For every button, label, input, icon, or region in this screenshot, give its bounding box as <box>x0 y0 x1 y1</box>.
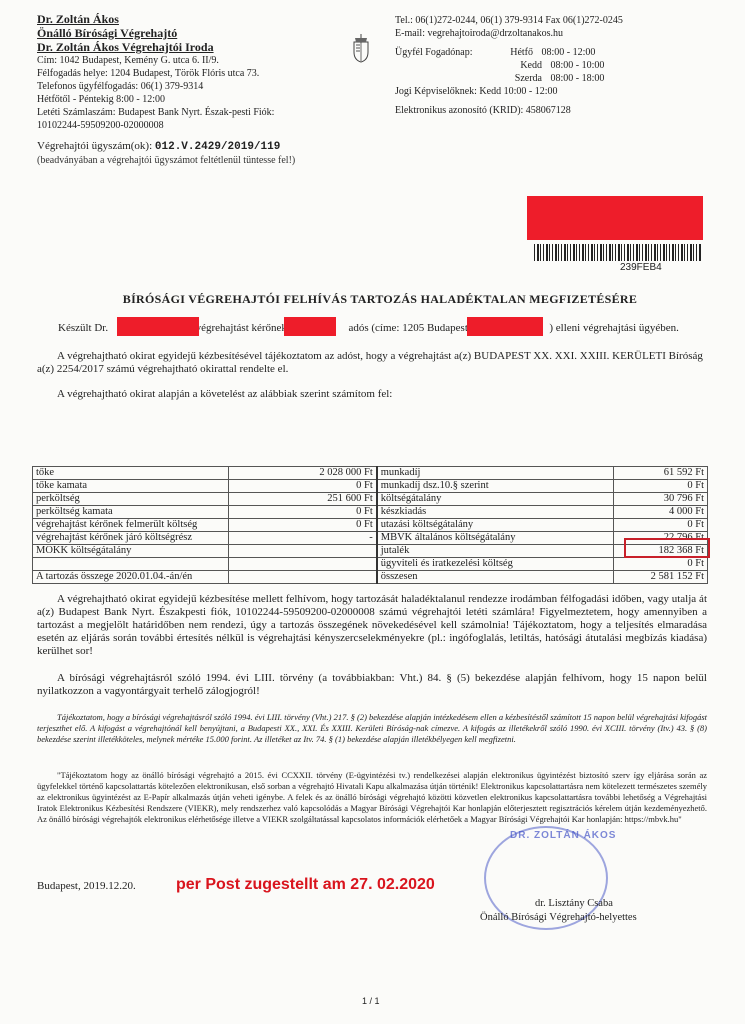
cost-left-value: 0 Ft <box>228 480 377 493</box>
account-line-2: 10102244-59509200-02000008 <box>37 119 367 132</box>
case-number: Végrehajtói ügyszám(ok): 012.V.2429/2019… <box>37 140 295 167</box>
redacted-address-block <box>527 196 703 240</box>
legal-remedy-note: Tájékoztatom, hogy a bírósági végrehajtá… <box>37 712 707 745</box>
krid: Elektronikus azonosító (KRID): 458067128 <box>395 104 740 117</box>
electronic-communication-note: "Tájékoztatom hogy az önálló bírósági vé… <box>37 770 707 825</box>
signer-name: dr. Lisztány Csaba <box>535 898 613 909</box>
redacted-debtor-address <box>467 317 543 336</box>
cost-right-label: munkadíj dsz.10.§ szerint <box>377 480 613 493</box>
cost-left-value <box>228 571 377 584</box>
costs-table-row: A tartozás összege 2020.01.04.-án/énössz… <box>33 571 708 584</box>
cost-right-label: munkadíj <box>377 467 613 480</box>
cost-left-label: A tartozás összege 2020.01.04.-án/én <box>33 571 229 584</box>
account-line-1: Letéti Számlaszám: Budapest Bank Nyrt. É… <box>37 106 367 119</box>
office-hours-row-0: Ügyfél Fogadónap: Hétfő 08:00 - 12:00 <box>395 46 740 59</box>
bailiff-header-left: Dr. Zoltán Ákos Önálló Bírósági Végrehaj… <box>37 12 367 132</box>
costs-table-row: tőke2 028 000 Ftmunkadíj61 592 Ft <box>33 467 708 480</box>
cost-right-label: összesen <box>377 571 613 584</box>
office-hours-label: Ügyfél Fogadónap: <box>395 47 473 58</box>
cost-left-label: tőke kamata <box>33 480 229 493</box>
costs-table-row: perköltség251 600 Ftköltségátalány30 796… <box>33 493 708 506</box>
office-address: Cím: 1042 Budapest, Kemény G. utca 6. II… <box>37 54 367 67</box>
signer-title: Önálló Bírósági Végrehajtó-helyettes <box>480 912 637 923</box>
costs-table-row: tőke kamata0 Ftmunkadíj dsz.10.§ szerint… <box>33 480 708 493</box>
cost-right-value: 0 Ft <box>613 480 708 493</box>
cost-left-value: 0 Ft <box>228 506 377 519</box>
costs-table-row: végrehajtást kérőnek járó költségrész-MB… <box>33 532 708 545</box>
bailiff-office: Dr. Zoltán Ákos Végrehajtói Iroda <box>37 40 367 54</box>
total-amount-highlight <box>624 538 710 558</box>
cost-right-value: 0 Ft <box>613 519 708 532</box>
phone-hours: Hétfőtől - Péntekig 8:00 - 12:00 <box>37 93 367 106</box>
cost-right-label: ügyviteli és iratkezelési költség <box>377 558 613 571</box>
office-hours-row-2: Szerda 08:00 - 18:00 <box>395 72 740 85</box>
scanned-document-page: Dr. Zoltán Ákos Önálló Bírósági Végrehaj… <box>0 0 745 1024</box>
costs-table-row: MOKK költségátalányjutalék182 368 Ft <box>33 545 708 558</box>
cost-left-label: MOKK költségátalány <box>33 545 229 558</box>
stamp-text: DR. ZOLTÁN ÁKOS <box>510 830 616 841</box>
cost-right-value: 0 Ft <box>613 558 708 571</box>
paragraph-lien-declaration: A bírósági végrehajtásról szóló 1994. év… <box>37 672 707 698</box>
cost-left-value: 2 028 000 Ft <box>228 467 377 480</box>
office-hours-row-1: Kedd 08:00 - 10:00 <box>395 59 740 72</box>
hungarian-coat-of-arms-icon <box>348 34 374 64</box>
cost-left-label: perköltség kamata <box>33 506 229 519</box>
reception-address: Félfogadás helye: 1204 Budapest, Török F… <box>37 67 367 80</box>
cost-right-label: költségátalány <box>377 493 613 506</box>
cost-left-value: - <box>228 532 377 545</box>
cost-left-value <box>228 558 377 571</box>
paragraph-calculation-intro: A végrehajtható okirat alapján a követel… <box>57 388 707 401</box>
phone-service: Telefonos ügyfélfogadás: 06(1) 379-9314 <box>37 80 367 93</box>
case-number-note: (beadványában a végrehajtói ügyszámot fe… <box>37 155 295 166</box>
cost-right-value: 30 796 Ft <box>613 493 708 506</box>
redacted-creditor <box>284 317 336 336</box>
cost-left-label: végrehajtást kérőnek járó költségrész <box>33 532 229 545</box>
barcode <box>534 244 702 261</box>
cost-right-label: MBVK általános költségátalány <box>377 532 613 545</box>
bailiff-title: Önálló Bírósági Végrehajtó <box>37 26 367 40</box>
cost-right-value: 2 581 152 Ft <box>613 571 708 584</box>
cost-left-label: végrehajtást kérőnek felmerült költség <box>33 519 229 532</box>
costs-table-row: végrehajtást kérőnek felmerült költség0 … <box>33 519 708 532</box>
cost-left-label: perköltség <box>33 493 229 506</box>
barcode-number: 239FEB4 <box>620 262 662 273</box>
page-number: 1 / 1 <box>362 996 380 1006</box>
cost-right-label: készkiadás <box>377 506 613 519</box>
cost-left-label: tőke <box>33 467 229 480</box>
case-number-value: 012.V.2429/2019/119 <box>155 141 280 153</box>
bailiff-header-right: Tel.: 06(1)272-0244, 06(1) 379-9314 Fax … <box>395 14 740 117</box>
cost-left-value <box>228 545 377 558</box>
cost-right-label: utazási költségátalány <box>377 519 613 532</box>
paragraph-enforcement-order: A végrehajtható okirat egyidejű kézbesít… <box>37 350 707 376</box>
costs-table: tőke2 028 000 Ftmunkadíj61 592 Fttőke ka… <box>32 466 708 584</box>
issue-date: Budapest, 2019.12.20. <box>37 880 136 892</box>
contact-email: E-mail: vegrehajtoiroda@drzoltanakos.hu <box>395 27 740 40</box>
document-title: BÍRÓSÁGI VÉGREHAJTÓI FELHÍVÁS TARTOZÁS H… <box>40 292 720 307</box>
cost-left-value: 0 Ft <box>228 519 377 532</box>
postal-delivery-note: per Post zugestellt am 27. 02.2020 <box>176 876 435 894</box>
redacted-creditor-name <box>117 317 199 336</box>
contact-phone: Tel.: 06(1)272-0244, 06(1) 379-9314 Fax … <box>395 14 740 27</box>
legal-rep-hours: Jogi Képviselőknek: Kedd 10:00 - 12:00 <box>395 85 740 98</box>
costs-table-row: perköltség kamata0 Ftkészkiadás4 000 Ft <box>33 506 708 519</box>
bailiff-name: Dr. Zoltán Ákos <box>37 12 367 26</box>
paragraph-payment-demand: A végrehajtható okirat egyidejű kézbesít… <box>37 593 707 658</box>
costs-table-row: ügyviteli és iratkezelési költség0 Ft <box>33 558 708 571</box>
cost-left-value: 251 600 Ft <box>228 493 377 506</box>
cost-right-value: 61 592 Ft <box>613 467 708 480</box>
cost-right-label: jutalék <box>377 545 613 558</box>
cost-right-value: 4 000 Ft <box>613 506 708 519</box>
cost-left-label <box>33 558 229 571</box>
